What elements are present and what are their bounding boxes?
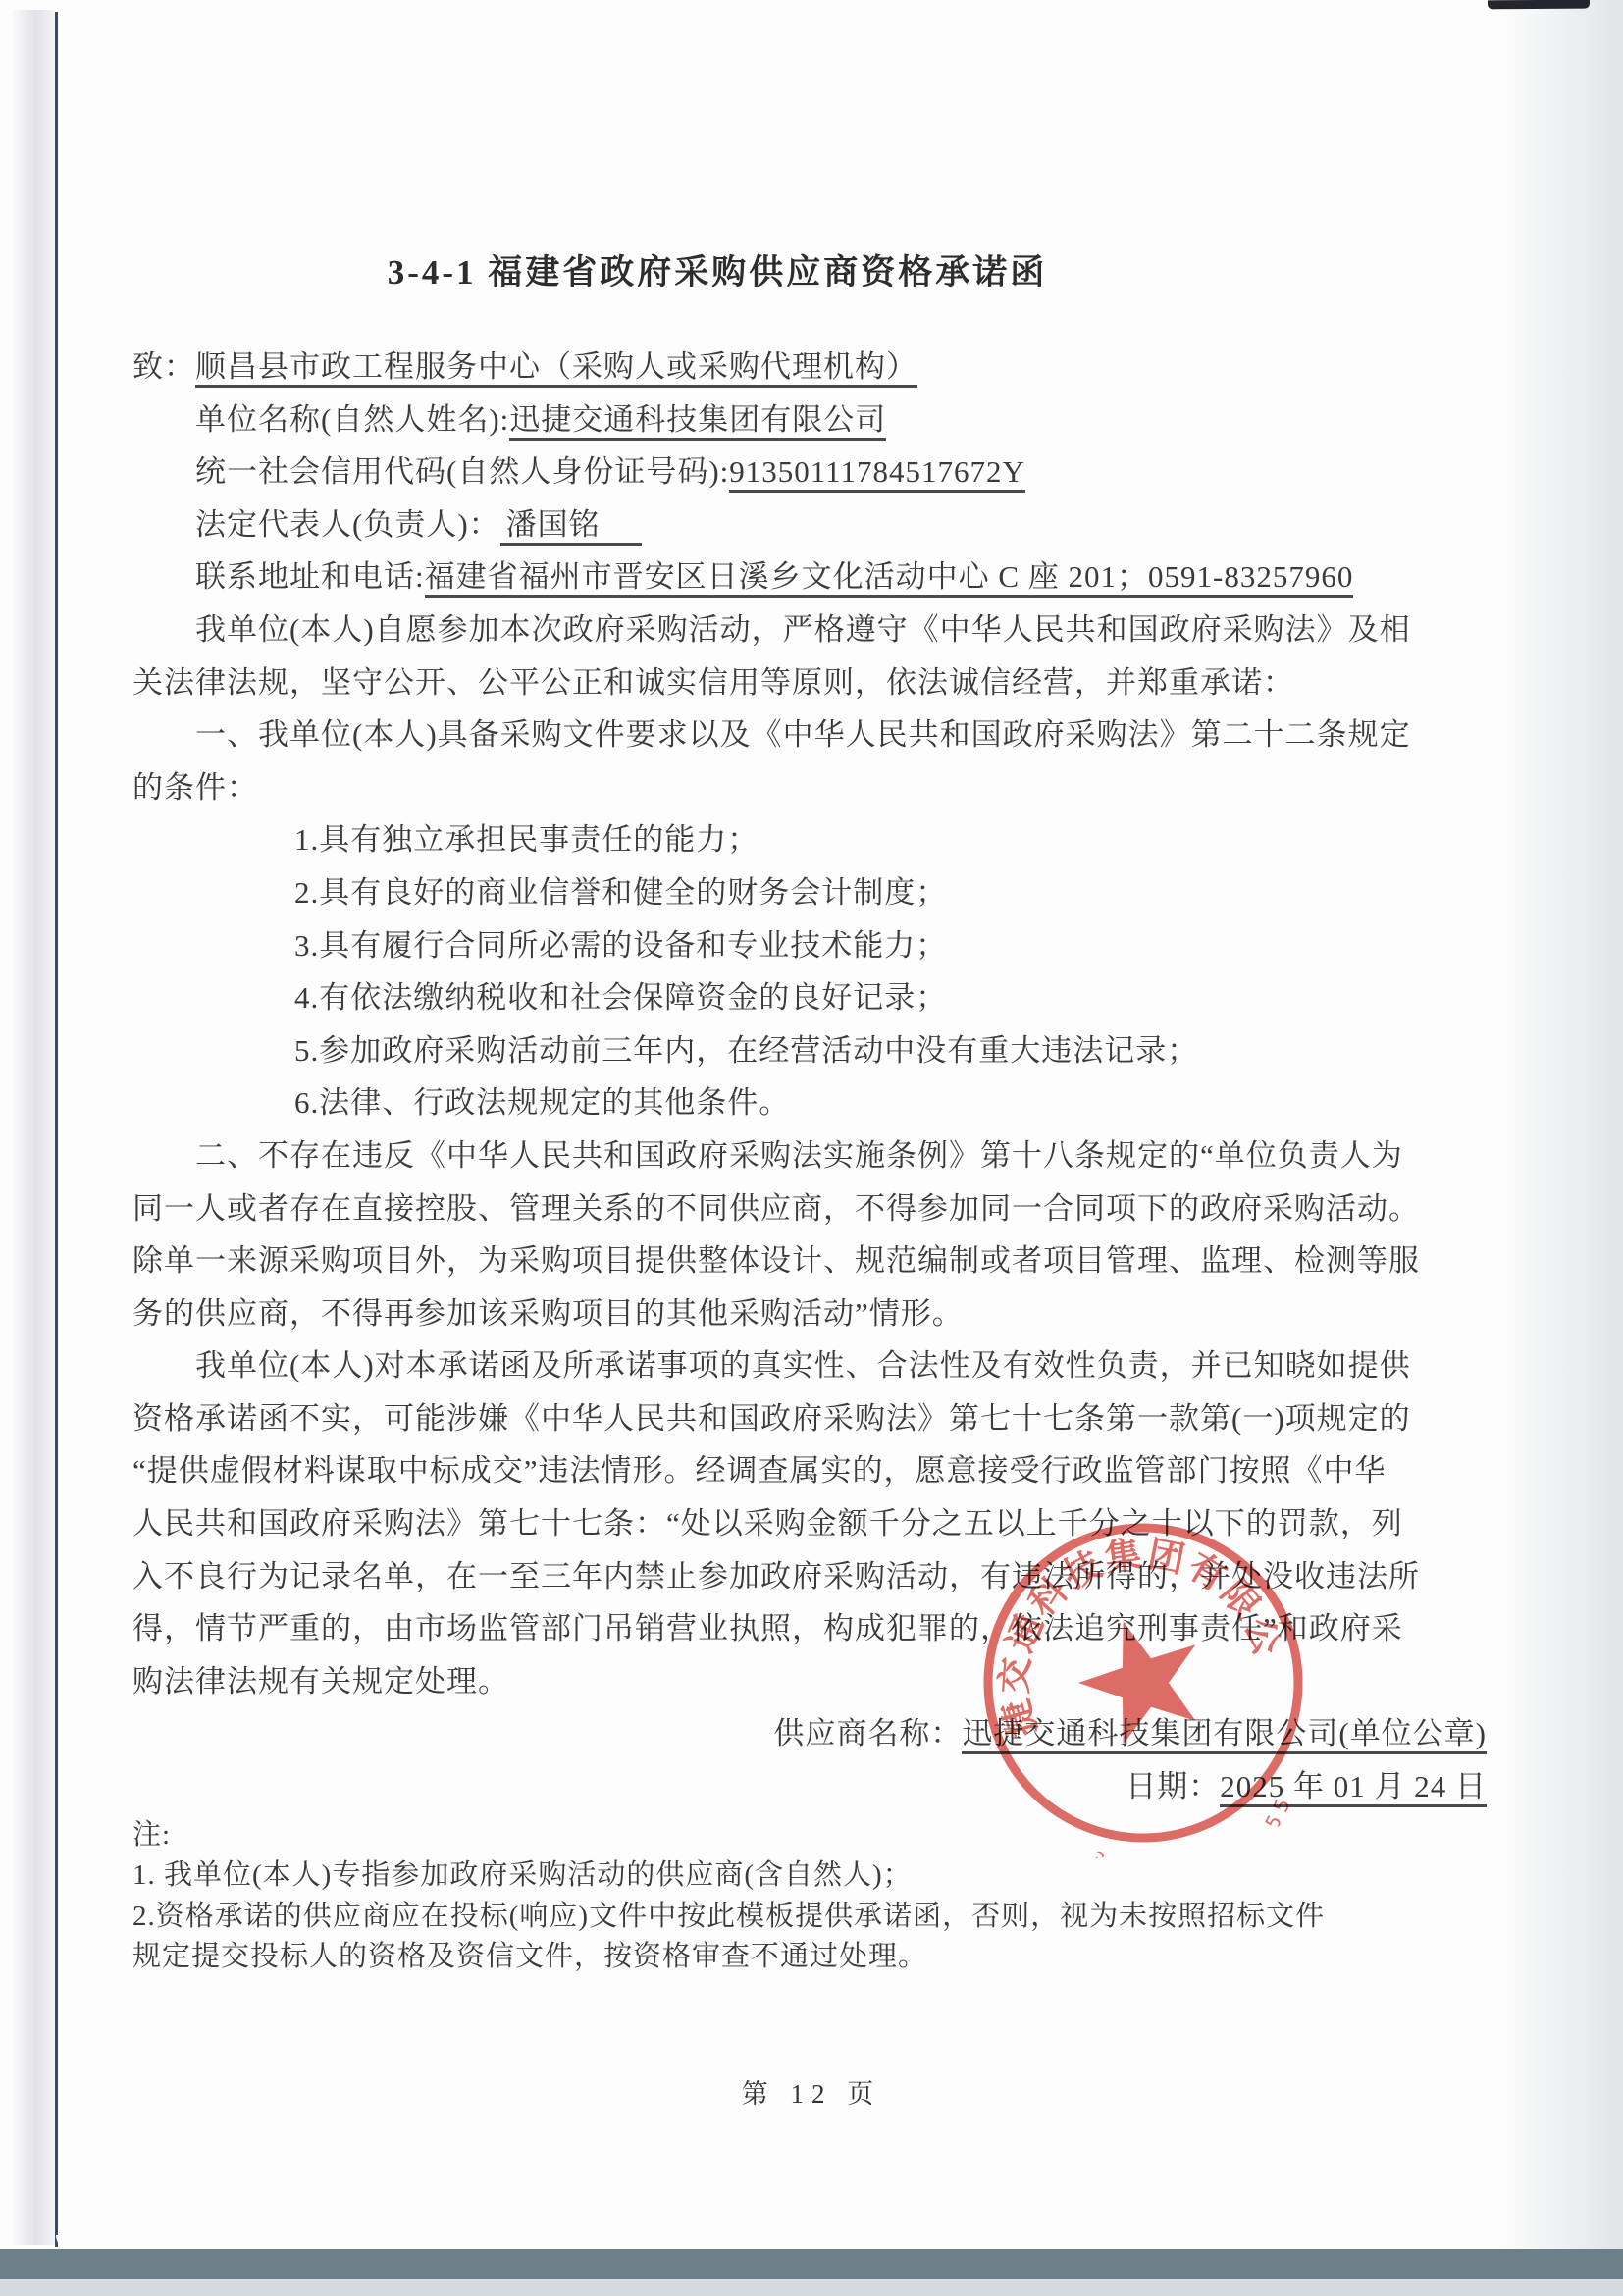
condition-item: 2.具有良好的商业信誉和健全的财务会计制度； bbox=[132, 866, 1487, 919]
page-number: 第 12 页 bbox=[0, 2072, 1623, 2111]
paragraph-line: 务的供应商，不得再参加该采购项目的其他采购活动”情形。 bbox=[132, 1287, 1487, 1340]
condition-item: 4.有依法缴纳税收和社会保障资金的良好记录； bbox=[132, 971, 1487, 1024]
field-value: 91350111784517672Y bbox=[729, 454, 1025, 493]
condition-item: 1.具有独立承担民事责任的能力； bbox=[132, 813, 1487, 866]
scan-top-artifact bbox=[1488, 0, 1590, 9]
scan-left-edge-line bbox=[55, 12, 58, 2247]
paragraph-line: 关法律法规，坚守公开、公平公正和诚实信用等原则，依法诚信经营，并郑重承诺： bbox=[132, 656, 1487, 709]
field-line-unit-name: 单位名称(自然人姓名):迅捷交通科技集团有限公司 bbox=[132, 393, 1487, 446]
seal-star-icon bbox=[1065, 1602, 1218, 1751]
note-item-2: 2.资格承诺的供应商应在投标(响应)文件中按此模板提供承诺函，否则，视为未按照招… bbox=[132, 1897, 1487, 1938]
field-label: 联系地址和电话: bbox=[195, 559, 425, 594]
salutation-label: 致： bbox=[132, 349, 195, 384]
paragraph-line: 的条件： bbox=[132, 761, 1487, 814]
page-title: 3-4-1 福建省政府采购供应商资格承诺函 bbox=[40, 252, 1394, 293]
paragraph-line: 一、我单位(本人)具备采购文件要求以及《中华人民共和国政府采购法》第二十二条规定 bbox=[132, 708, 1487, 761]
field-label: 统一社会信用代码(自然人身份证号码): bbox=[195, 454, 729, 489]
note-item-1: 1. 我单位(本人)专指参加政府采购活动的供应商(含自然人)； bbox=[132, 1855, 1487, 1897]
field-line-contact: 联系地址和电话:福建省福州市晋安区日溪乡文化活动中心 C 座 201；0591-… bbox=[132, 550, 1487, 603]
company-seal-stamp: 迅捷交通科技集团有限公司 3501111010155 bbox=[952, 1491, 1334, 1873]
paragraph-line: 我单位(本人)对本承诺函及所承诺事项的真实性、合法性及有效性负责，并已知晓如提供 bbox=[132, 1339, 1487, 1392]
salutation-line: 致：顺昌县市政工程服务中心（采购人或采购代理机构） bbox=[132, 340, 1487, 393]
paragraph-line: “提供虚假材料谋取中标成交”违法情形。经调查属实的，愿意接受行政监管部门按照《中… bbox=[132, 1444, 1487, 1497]
scan-left-edge bbox=[12, 10, 55, 2245]
condition-item: 3.具有履行合同所必需的设备和专业技术能力； bbox=[132, 919, 1487, 972]
paragraph-line: 资格承诺函不实，可能涉嫌《中华人民共和国政府采购法》第七十七条第一款第(一)项规… bbox=[132, 1392, 1487, 1445]
field-value: 福建省福州市晋安区日溪乡文化活动中心 C 座 201；0591-83257960 bbox=[425, 559, 1354, 598]
scanned-page: 3-4-1 福建省政府采购供应商资格承诺函 致：顺昌县市政工程服务中心（采购人或… bbox=[0, 0, 1623, 2296]
condition-item: 6.法律、行政法规规定的其他条件。 bbox=[132, 1076, 1487, 1129]
field-value: 迅捷交通科技集团有限公司 bbox=[509, 402, 886, 441]
scan-bottom-band bbox=[0, 2249, 1623, 2279]
paragraph-line: 我单位(本人)自愿参加本次政府采购活动，严格遵守《中华人民共和国政府采购法》及相 bbox=[132, 603, 1487, 656]
field-value: 潘国铭 bbox=[500, 507, 642, 546]
condition-item: 5.参加政府采购活动前三年内，在经营活动中没有重大违法记录； bbox=[132, 1024, 1487, 1077]
supplier-label: 供应商名称： bbox=[773, 1716, 962, 1750]
scan-right-shadow bbox=[1495, 0, 1623, 2249]
field-label: 法定代表人(负责人)： bbox=[195, 507, 500, 542]
field-label: 单位名称(自然人姓名): bbox=[195, 402, 509, 437]
paragraph-line: 二、不存在违反《中华人民共和国政府采购法实施条例》第十八条规定的“单位负责人为 bbox=[132, 1129, 1487, 1182]
field-line-legal-rep: 法定代表人(负责人)：潘国铭 bbox=[132, 498, 1487, 551]
salutation-value: 顺昌县市政工程服务中心（采购人或采购代理机构） bbox=[195, 349, 917, 388]
note-item-2-continued: 规定提交投标人的资格及资信文件，按资格审查不通过处理。 bbox=[132, 1937, 1487, 1978]
scan-bottom-edge bbox=[0, 2279, 1623, 2296]
paragraph-line: 除单一来源采购项目外，为采购项目提供整体设计、规范编制或者项目管理、监理、检测等… bbox=[132, 1234, 1487, 1287]
field-line-credit-code: 统一社会信用代码(自然人身份证号码):91350111784517672Y bbox=[132, 445, 1487, 498]
paragraph-line: 同一人或者存在直接控股、管理关系的不同供应商，不得参加同一合同项下的政府采购活动… bbox=[132, 1182, 1487, 1235]
notes-section: 注: 1. 我单位(本人)专指参加政府采购活动的供应商(含自然人)； 2.资格承… bbox=[132, 1815, 1487, 1978]
